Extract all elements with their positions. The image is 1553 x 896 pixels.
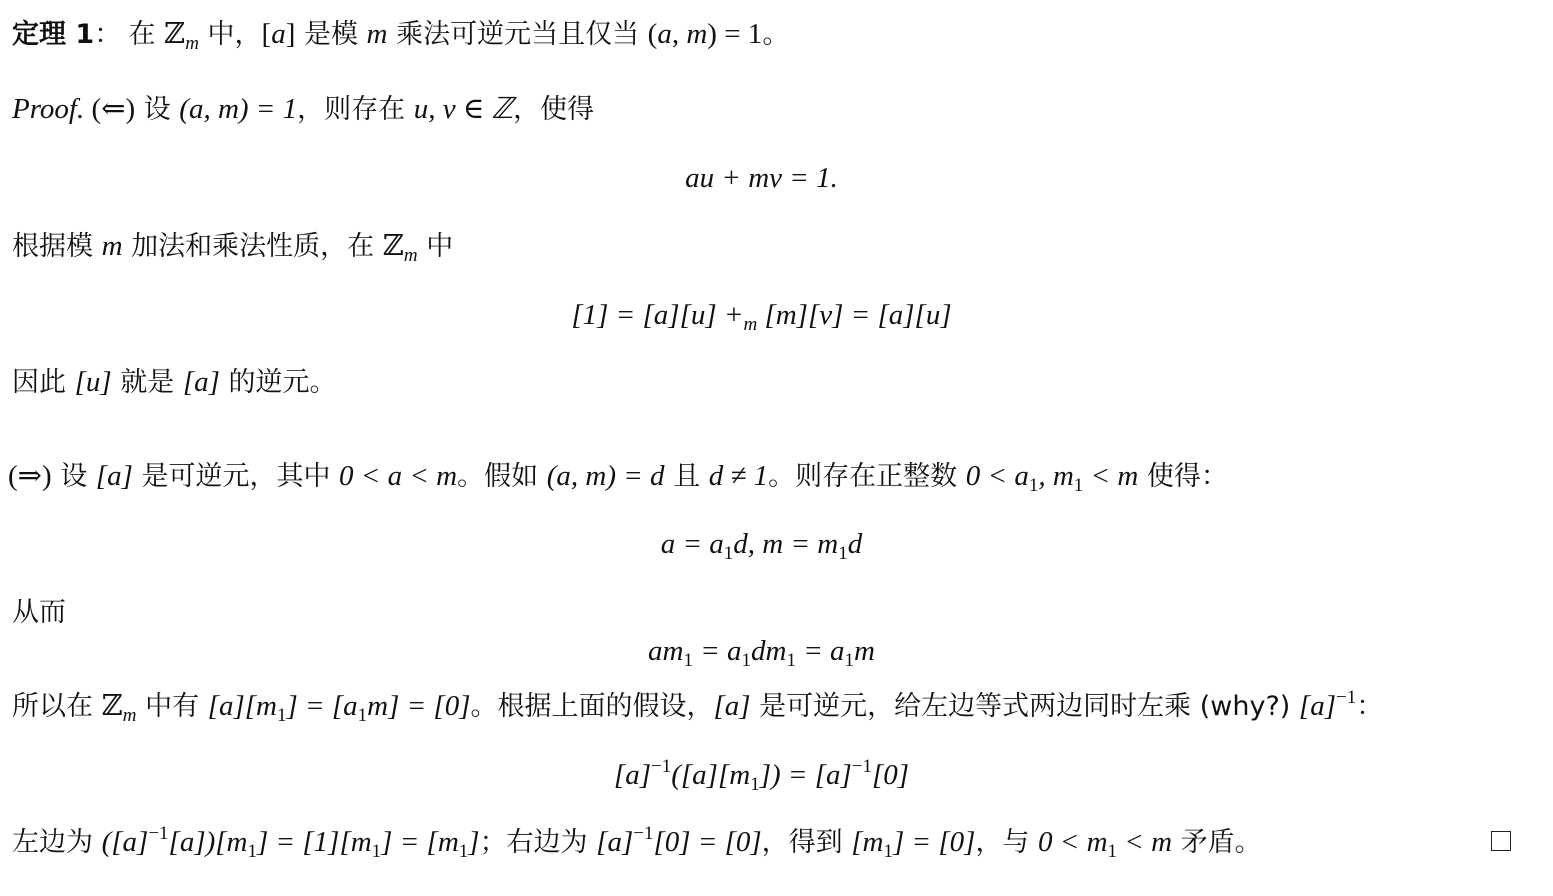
theorem-label: 定理 1 xyxy=(12,19,94,50)
equation-3: a = a1d, m = m1d xyxy=(0,524,1523,564)
proof-line-2: 根据模 m 加法和乘法性质，在 ℤm 中 xyxy=(12,226,453,267)
theorem-statement: 定理 1： 在 ℤm 中，[a] 是模 m 乘法可逆元当且仅当 (a, m) =… xyxy=(12,14,789,55)
proof-line-3: 因此 [u] 就是 [a] 的逆元。 xyxy=(12,362,337,403)
proof-line-7: 左边为 ([a]−1[a])[m1] = [1][m1] = [m1]；右边为 … xyxy=(12,822,1262,863)
proof-line-4: (⇒) 设 [a] 是可逆元，其中 0 < a < m。假如 (a, m) = … xyxy=(8,456,1228,497)
equation-4: am1 = a1dm1 = a1m xyxy=(0,631,1523,671)
equation-5: [a]−1([a][m1]) = [a]−1[0] xyxy=(0,755,1523,795)
direction-backward: (⇐) xyxy=(91,93,135,125)
equation-1: au + mv = 1. xyxy=(0,158,1523,198)
proof-label: Proof. xyxy=(12,93,84,125)
qed-square-icon xyxy=(1491,831,1511,851)
equation-2: [1] = [a][u] +m [m][v] = [a][u] xyxy=(0,295,1523,335)
direction-forward: (⇒) xyxy=(8,460,52,492)
proof-line-1: Proof. (⇐) 设 (a, m) = 1，则存在 u, v ∈ ℤ，使得 xyxy=(12,89,594,130)
proof-line-6: 所以在 ℤm 中有 [a][m1] = [a1m] = [0]。根据上面的假设，… xyxy=(12,686,1383,727)
proof-line-5: 从而 xyxy=(12,592,66,633)
